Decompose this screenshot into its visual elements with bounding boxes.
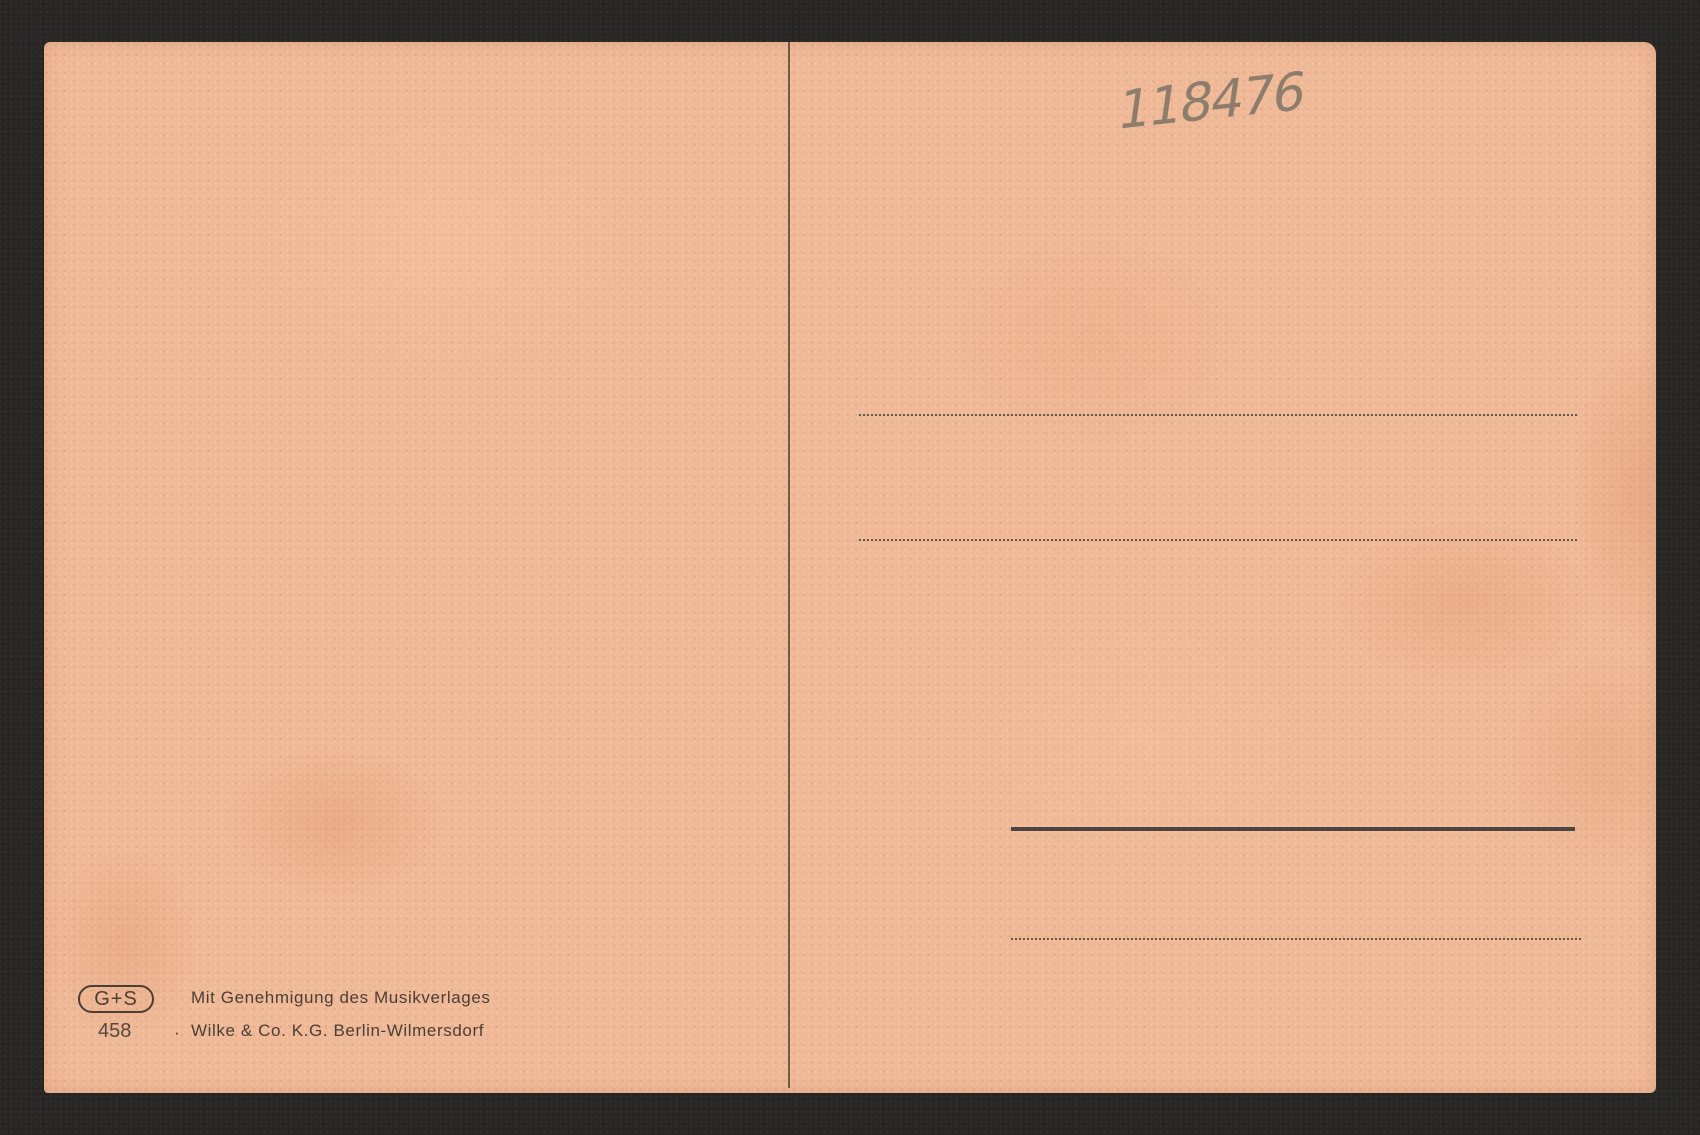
imprint-bullet: ·: [174, 1023, 180, 1043]
handwritten-inventory-number: 118476: [1114, 61, 1308, 142]
imprint-line-1: Mit Genehmigung des Musikverlages: [191, 988, 491, 1008]
publisher-logo-text: G+S: [94, 989, 138, 1009]
address-line-1: [859, 414, 1577, 416]
postcard-back: 118476 G+S 458 Mit Genehmigung des Musik…: [44, 42, 1656, 1093]
imprint-line-2: Wilke & Co. K.G. Berlin-Wilmersdorf: [191, 1021, 484, 1041]
address-line-3: [1011, 827, 1575, 831]
publisher-logo-icon: G+S: [78, 985, 154, 1013]
catalog-number: 458: [98, 1020, 131, 1043]
message-address-divider: [788, 42, 790, 1088]
address-line-2: [859, 539, 1577, 541]
address-line-4: [1011, 938, 1581, 940]
